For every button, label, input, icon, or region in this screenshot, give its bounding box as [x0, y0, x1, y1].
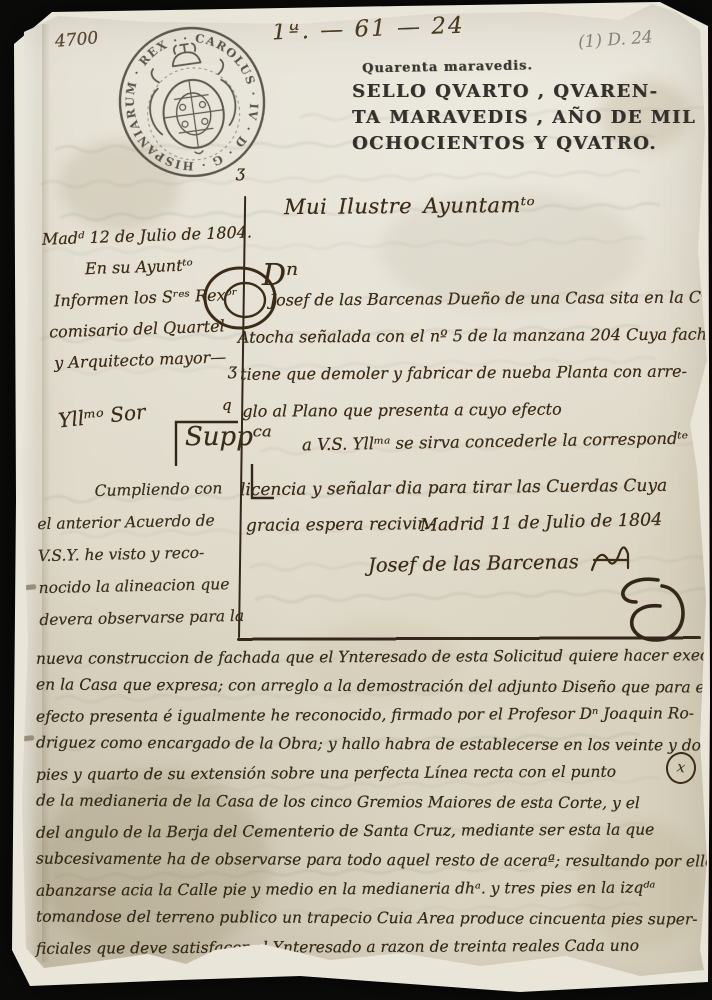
stamp-overprint: Quarenta maravedis. [362, 59, 533, 77]
illmo-address: Yllᵐᵒ Sor [57, 399, 147, 432]
report-body-line: de la medianeria de la Casa de los cinco… [36, 792, 706, 813]
report-margin-column: Cumpliendo con el anterior Acuerdo de V.… [36, 472, 244, 636]
manuscript-sheet: 4700 1ª. — 61 — 24 (1) D. 24 · CAROLUS ·… [0, 0, 712, 1000]
pencil-archival-note: (1) D. 24 [577, 27, 653, 52]
report-line: nocido la alineacion que [38, 568, 243, 604]
report-body-line: subcesivamente ha de observarse para tod… [36, 850, 706, 871]
report-body-line: nueva construccion de fachada que el Ynt… [36, 646, 706, 668]
report-body-line: driguez como encargado de la Obra; y hal… [36, 734, 706, 755]
petition-line: tiene que demoler y fabricar de nueba Pl… [240, 352, 712, 392]
report-body-line: efecto presenta é igualmente he reconoci… [36, 704, 706, 726]
report-body-line: del angulo de la Berja del Cementerio de… [36, 820, 706, 842]
stamp-line: SELLO QVARTO , QVAREN- [352, 79, 696, 105]
manuscript-photo: 4700 1ª. — 61 — 24 (1) D. 24 · CAROLUS ·… [0, 0, 712, 1000]
petition-line: Josef de las Barcenas Dueño de una Casa … [269, 278, 712, 318]
report-body-line: pies y quarto de su extensión sobre una … [36, 762, 706, 784]
paper-cut-edge-highlight [22, 30, 38, 960]
supplica-label: Suppᶜᵃ [185, 422, 272, 452]
supplica-line: a V.S. Yllᵐᵃ se sirva concederle la corr… [302, 429, 688, 455]
petition-body: Josef de las Barcenas Dueño de una Casa … [251, 278, 712, 429]
report-line: el anterior Acuerdo de [37, 504, 242, 540]
royal-seal-carolus-iv: · CAROLUS · IV · D · G · HISPANIARUM · R… [98, 18, 286, 186]
official-paraph-flourish [602, 572, 698, 650]
report-body-line: en la Casa que expresa; con arreglo a la… [36, 676, 706, 697]
report-body-line: abanzarse acia la Calle pie y medio en l… [36, 878, 706, 900]
supplica-line: licencia y señalar dia para tirar las Cu… [240, 476, 667, 500]
stamp-line: TA MARAVEDIS , AÑO DE MIL [352, 105, 696, 131]
salutation-heading: Mui Ilustre Ayuntamᵗᵒ [284, 193, 535, 219]
report-line: Cumpliendo con [94, 472, 241, 507]
petition-line: glo al Plano que presenta a cuyo efecto [242, 389, 712, 429]
paper-wrapper: 4700 1ª. — 61 — 24 (1) D. 24 · CAROLUS ·… [0, 0, 712, 1000]
petition-dateline: Madrid 11 de Julio de 1804 [420, 510, 663, 536]
report-body-line: tomandose del terreno publico un trapeci… [36, 908, 706, 929]
report-body-line: ficiales que deve satisfacer el Ynteresa… [36, 936, 706, 958]
supplica-line: gracia espera recivir.- [246, 514, 435, 536]
quire-mark: ʒ [236, 162, 245, 181]
decree-line: y Arquitecto mayor— [54, 340, 257, 378]
petition-line: Atocha señalada con el nº 5 de la manzan… [238, 315, 712, 355]
report-line: devera observarse para la [39, 600, 244, 636]
stamp-line: OCHOCIENTOS Y QVATRO. [352, 131, 696, 157]
report-line: V.S.Y. he visto y reco- [38, 536, 243, 572]
tax-stamp-text: SELLO QVARTO , QVAREN- TA MARAVEDIS , AÑ… [352, 79, 696, 157]
signature: Josef de las Barcenas [368, 550, 579, 577]
inventory-number: 4700 [54, 28, 99, 52]
supp-mark: q [222, 396, 232, 414]
circled-reference-point: x [664, 750, 698, 786]
